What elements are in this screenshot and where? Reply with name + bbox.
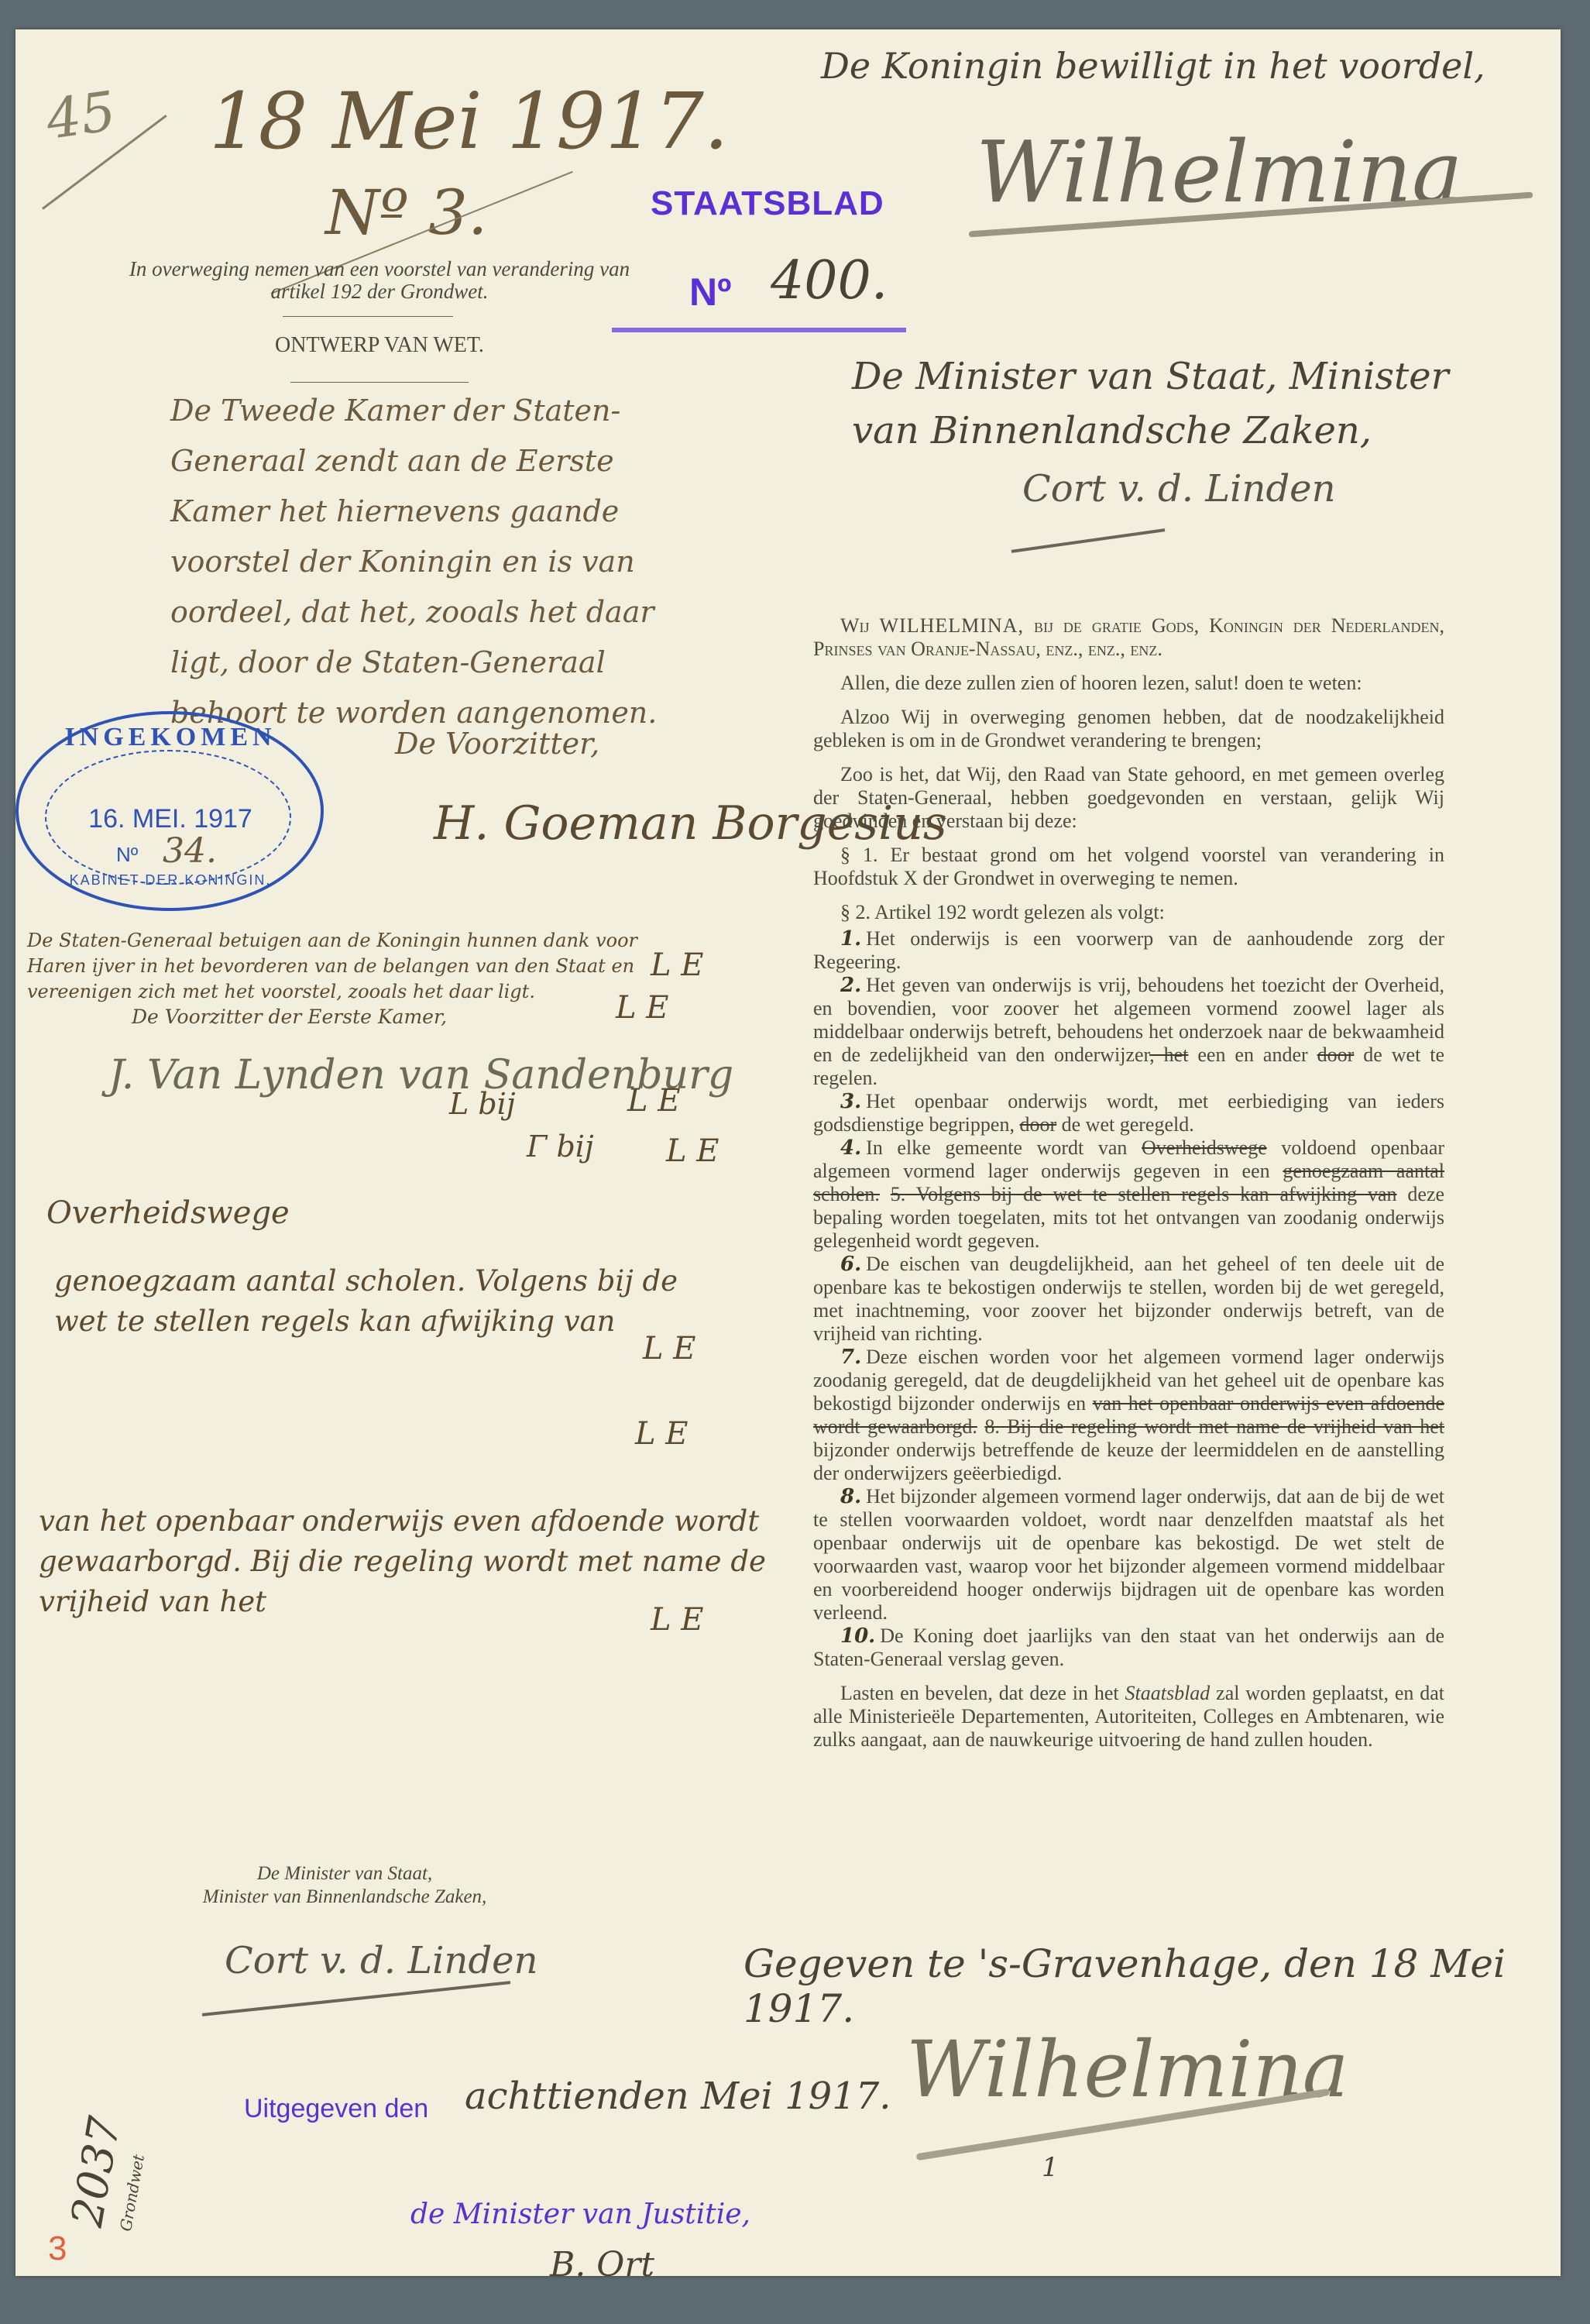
struck-text: , het	[1149, 1043, 1188, 1066]
item-text: bijzonder onderwijs betreffende de keuze…	[813, 1439, 1444, 1484]
item-text: Het bijzonder algemeen vormend lager ond…	[813, 1485, 1444, 1624]
tweede-kamer-note: De Tweede Kamer der Staten-Generaal zend…	[170, 386, 666, 738]
divider	[283, 316, 453, 317]
lasten-paragraph: Lasten en bevelen, dat deze in het Staat…	[813, 1682, 1444, 1752]
paragraph-2: § 2. Artikel 192 wordt gelezen als volgt…	[813, 901, 1444, 924]
signature-underline	[202, 1981, 510, 2016]
struck-text: door	[1317, 1043, 1355, 1066]
gegeven-date: Gegeven te 's-Gravenhage, den 18 Mei 191…	[743, 1941, 1561, 2031]
preamble: Wij WILHELMINA, bij de gratie Gods, Koni…	[813, 614, 1444, 661]
minister-label-2: Minister van Binnenlandsche Zaken,	[147, 1886, 542, 1908]
minister-handwritten-1: De Minister van Staat, Minister	[852, 355, 1449, 398]
article-item-2: 2.Het geven van onderwijs is vrij, behou…	[813, 974, 1444, 1090]
item-text: de wet geregeld.	[1062, 1113, 1194, 1136]
ingekomen-date: 16. MEI. 1917	[62, 804, 279, 834]
ingekomen-label: INGEKOMEN	[62, 723, 279, 752]
correction-overheidswege: Overheidswege	[46, 1195, 290, 1231]
margin-mark: L E	[627, 1083, 680, 1119]
margin-mark: L E	[666, 1133, 719, 1169]
ingekomen-number-prefix: Nº	[116, 843, 138, 867]
item-mark: 10.	[840, 1624, 875, 1648]
archive-number: 45	[43, 79, 120, 152]
ingekomen-bottom: KABINET DER KONINGIN.	[54, 872, 287, 889]
minister-justitie-signature: B. Ort	[550, 2245, 654, 2284]
item-text: een en ander	[1197, 1043, 1307, 1066]
document-page: 45 18 Mei 1917. Nº 3. De Koningin bewill…	[15, 29, 1561, 2276]
minister-signature-left: Cort v. d. Linden	[225, 1939, 537, 1982]
staatsblad-number: 400.	[771, 250, 888, 311]
item-text: De eischen van deugdelijkheid, aan het g…	[813, 1253, 1444, 1345]
uitgegeven-label: Uitgegeven den	[244, 2094, 428, 2124]
margin-mark: L E	[616, 990, 668, 1026]
item-text: Het onderwijs is een voorwerp van de aan…	[813, 927, 1444, 973]
struck-text: 8. Bij die regeling wordt met name de vr…	[984, 1415, 1444, 1438]
item-mark: 7.	[840, 1346, 861, 1369]
item-mark: 2.	[840, 974, 861, 997]
correction-scholen: genoegzaam aantal scholen. Volgens bij d…	[54, 1261, 736, 1342]
item-mark: 3.	[840, 1090, 861, 1113]
article-item-1: 1.Het onderwijs is een voorwerp van de a…	[813, 927, 1444, 974]
divider	[290, 382, 469, 383]
subject-heading: In overweging nemen van een voorstel van…	[112, 258, 647, 303]
preamble-name: WILHELMINA,	[880, 614, 1024, 637]
decree-body: Wij WILHELMINA, bij de gratie Gods, Koni…	[813, 614, 1444, 1762]
article-item-10: 10.De Koning doet jaarlijks van den staa…	[813, 1624, 1444, 1671]
staten-generaal-note: De Staten-Generaal betuigen aan de Konin…	[27, 928, 647, 1005]
royal-approval: De Koningin bewilligt in het voordel,	[821, 45, 1485, 87]
article-item-4: 4.In elke gemeente wordt van Overheidswe…	[813, 1136, 1444, 1253]
article-item-8: 8.Het bijzonder algemeen vormend lager o…	[813, 1485, 1444, 1624]
alzoo-paragraph: Alzoo Wij in overweging genomen hebben, …	[813, 706, 1444, 752]
margin-mark: L E	[635, 1416, 688, 1452]
margin-mark-1: 1	[1042, 2152, 1059, 2183]
item-mark: 6.	[840, 1253, 861, 1276]
preamble-wij: Wij	[840, 614, 870, 637]
margin-mark: L E	[651, 1602, 703, 1638]
struck-text: Overheidswege	[1142, 1136, 1267, 1159]
article-item-7: 7.Deze eischen worden voor het algemeen …	[813, 1346, 1444, 1485]
page-number: 3	[48, 2229, 67, 2268]
struck-text: door	[1019, 1113, 1056, 1136]
article-item-3: 3.Het openbaar onderwijs wordt, met eerb…	[813, 1090, 1444, 1136]
signature-underline	[1011, 528, 1166, 553]
minister-justitie-label: de Minister van Justitie,	[410, 2199, 750, 2230]
struck-text: 5. Volgens bij de wet te stellen regels …	[891, 1183, 1397, 1205]
article-item-6: 6.De eischen van deugdelijkheid, aan het…	[813, 1253, 1444, 1346]
margin-mark-bij: Γ bij	[527, 1129, 594, 1164]
margin-mark: L E	[643, 1331, 695, 1367]
allen-paragraph: Allen, die deze zullen zien of hooren le…	[813, 672, 1444, 695]
item-mark: 1.	[840, 927, 861, 951]
staatsblad-italic: Staatsblad	[1125, 1682, 1211, 1704]
ingekomen-number: 34.	[163, 831, 217, 871]
item-mark: 8.	[840, 1485, 861, 1508]
handwritten-date: 18 Mei 1917.	[209, 76, 729, 167]
paragraph-1: § 1. Er bestaat grond om het volgend voo…	[813, 844, 1444, 890]
minister-handwritten-2: van Binnenlandsche Zaken,	[852, 409, 1372, 452]
voorzitter-eerste-kamer-label: De Voorzitter der Eerste Kamer,	[132, 1006, 447, 1028]
zoo-paragraph: Zoo is het, dat Wij, den Raad van State …	[813, 763, 1444, 833]
uitgegeven-date: achttienden Mei 1917.	[465, 2075, 891, 2118]
staatsblad-stamp: STAATSBLAD	[651, 184, 884, 223]
lasten-text: Lasten en bevelen, dat deze in het	[840, 1682, 1119, 1704]
margin-mark-bij: L bij	[449, 1087, 516, 1121]
margin-mark: L E	[651, 947, 703, 983]
item-mark: 4.	[840, 1136, 861, 1160]
ontwerp-title: ONTWERP VAN WET.	[112, 333, 647, 358]
item-text: De Koning doet jaarlijks van den staat v…	[813, 1624, 1444, 1670]
staatsblad-number-prefix: Nº	[689, 270, 731, 315]
item-text: In elke gemeente wordt van	[866, 1136, 1127, 1159]
voorzitter-label: De Voorzitter,	[395, 727, 599, 761]
minister-signature-right: Cort v. d. Linden	[1022, 467, 1335, 511]
minister-label-1: De Minister van Staat,	[147, 1862, 542, 1886]
staatsblad-underline	[612, 328, 906, 332]
